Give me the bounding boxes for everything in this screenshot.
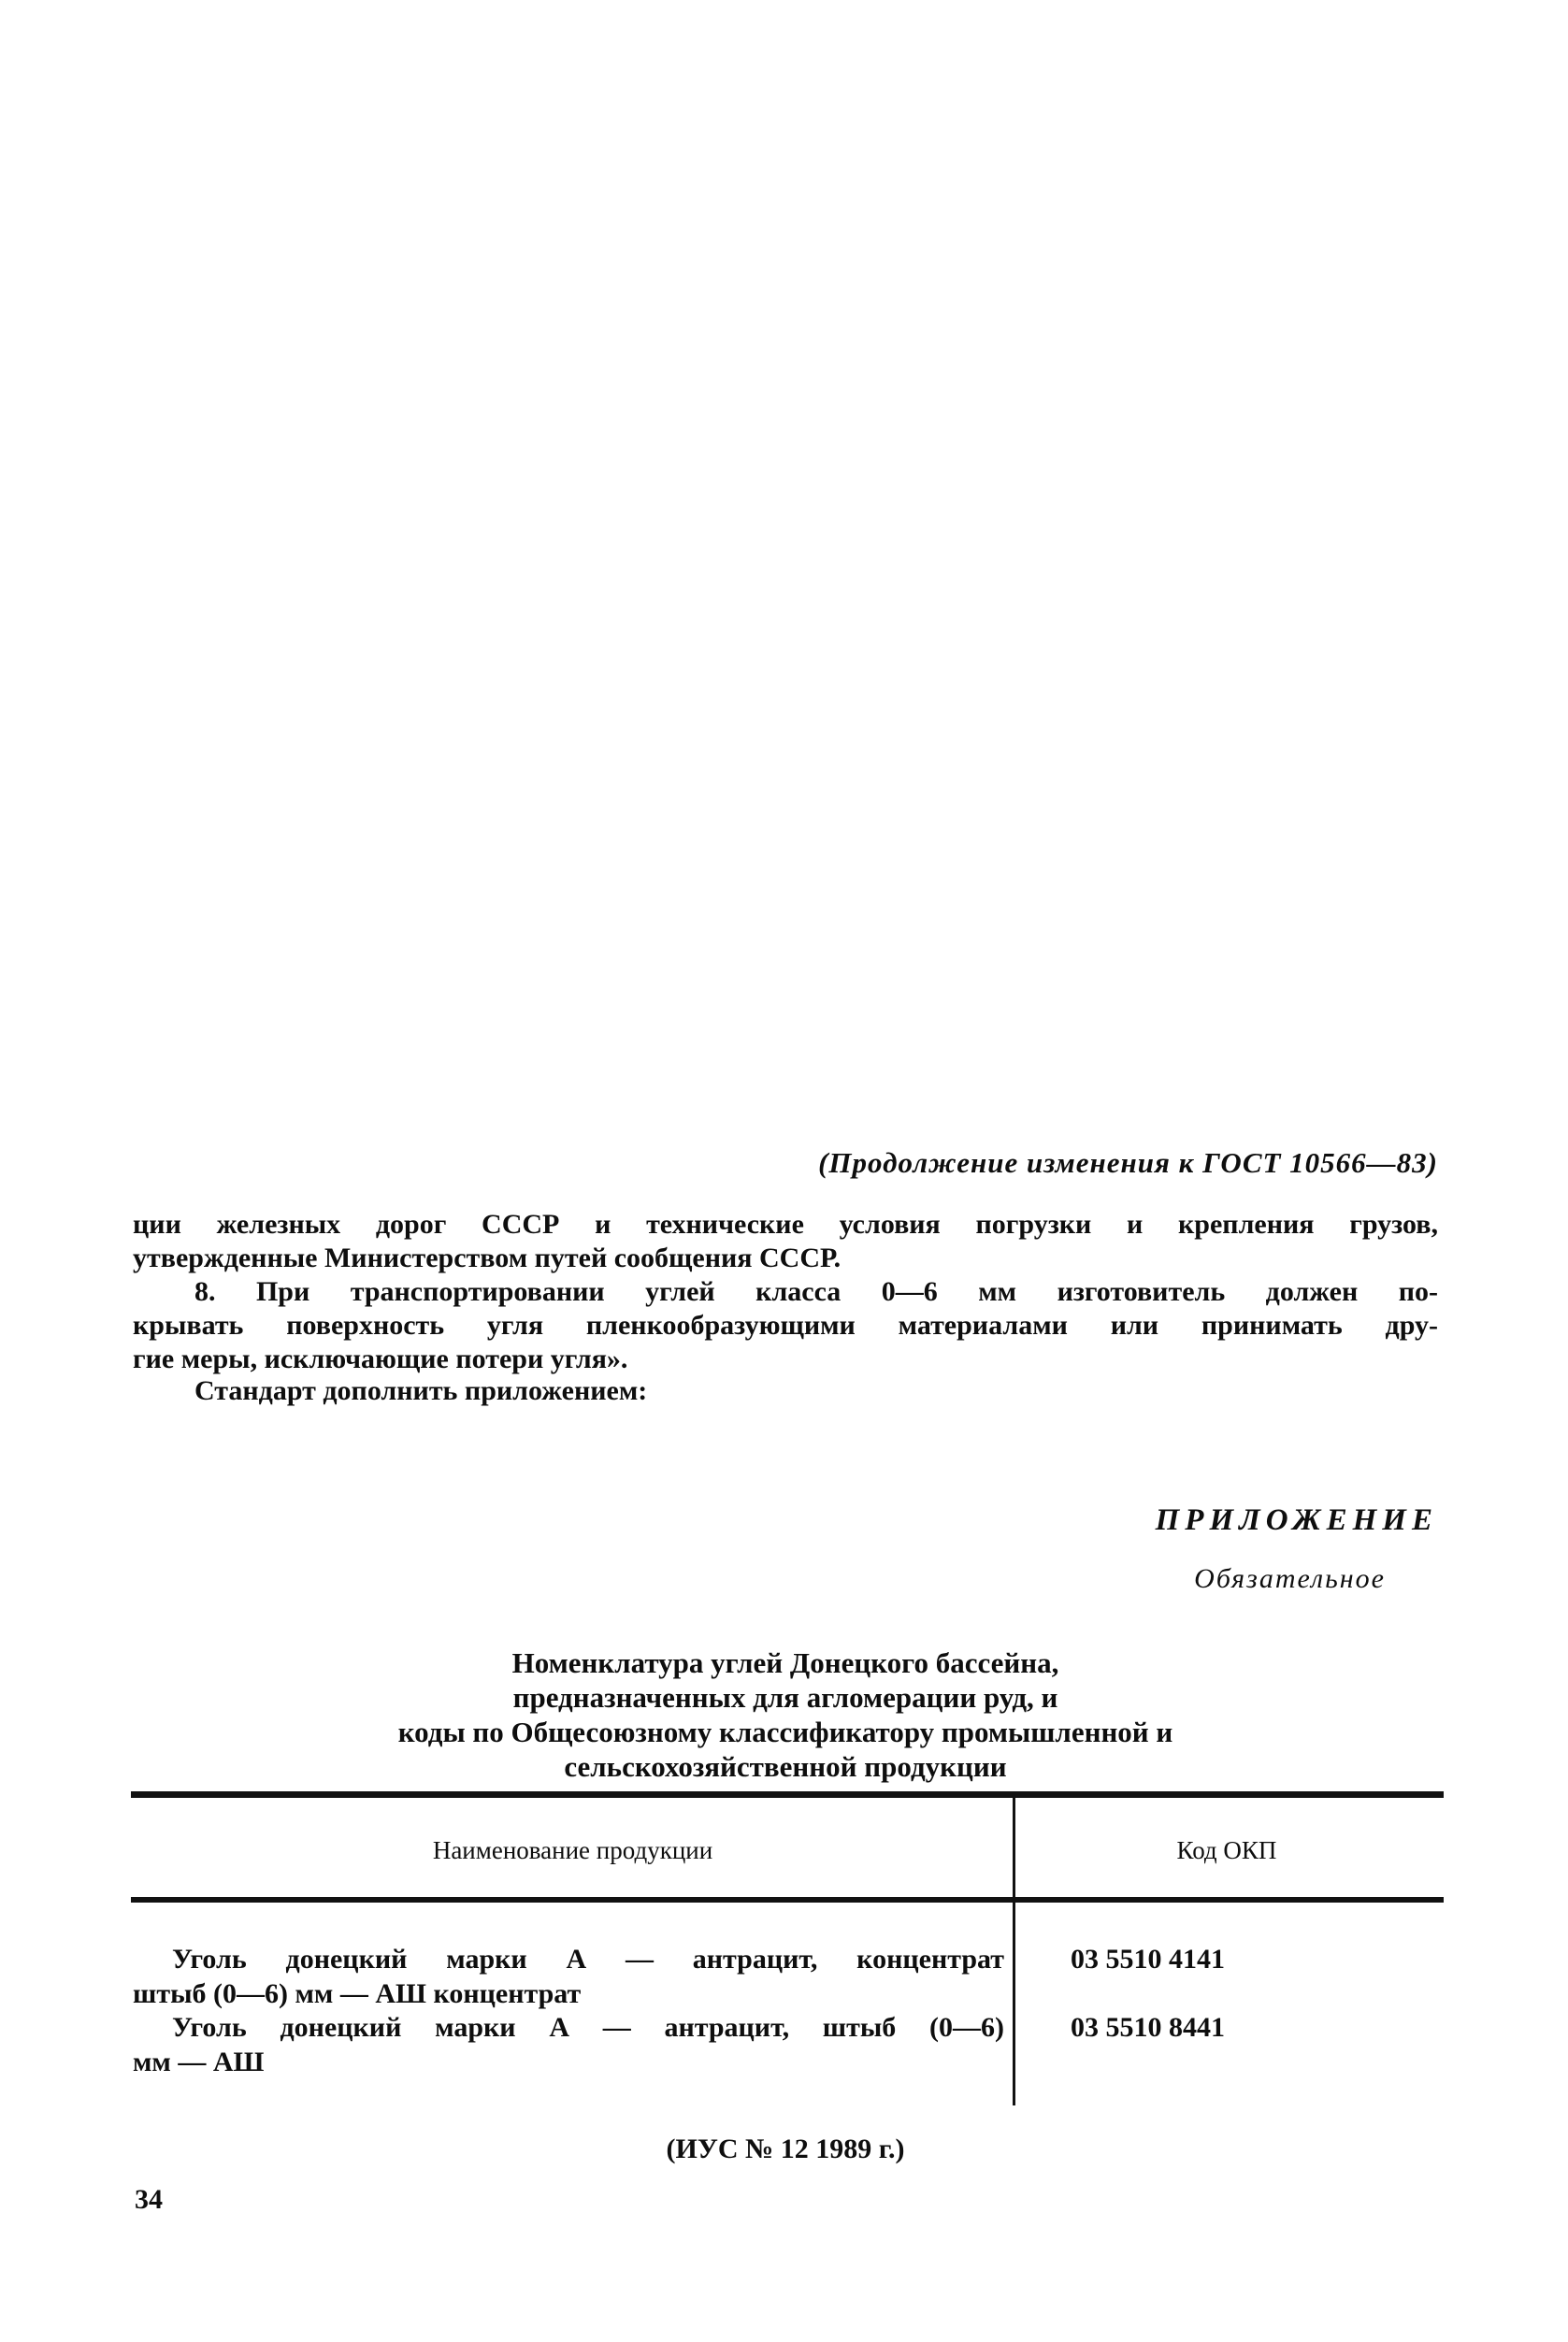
column-header-okp-code: Код ОКП <box>1015 1836 1438 1865</box>
appendix-title-line: сельскохозяйственной продукции <box>133 1749 1438 1784</box>
document-page: (Продолжение изменения к ГОСТ 10566—83) … <box>0 0 1568 2342</box>
body-line: гие меры, исключающие потери угля». <box>133 1343 1438 1376</box>
appendix-title-line: коды по Общесоюзному классификатору пром… <box>133 1715 1438 1749</box>
body-line: ции железных дорог СССР и технические ус… <box>133 1208 1438 1242</box>
product-name-line: штыб (0—6) мм — АШ концентрат <box>133 1977 1004 2011</box>
body-line: крывать поверхность угля пленкообразующи… <box>133 1309 1438 1343</box>
table-header-rule <box>131 1897 1444 1903</box>
body-line: утвержденные Министерством путей сообщен… <box>133 1242 1438 1275</box>
column-header-product-name: Наименование продукции <box>133 1836 1013 1865</box>
okp-code: 03 5510 4141 <box>1071 1943 1438 1976</box>
page-content: (Продолжение изменения к ГОСТ 10566—83) … <box>133 0 1438 2342</box>
continuation-note: (Продолжение изменения к ГОСТ 10566—83) <box>133 1146 1438 1180</box>
body-line: Стандарт дополнить приложением: <box>133 1374 1438 1408</box>
okp-code: 03 5510 8441 <box>1071 2011 1438 2045</box>
appendix-title: Номенклатура углей Донецкого бассейна, п… <box>133 1645 1438 1784</box>
body-line: 8. При транспортировании углей класса 0—… <box>133 1275 1438 1309</box>
ius-reference: (ИУС № 12 1989 г.) <box>133 2134 1438 2165</box>
page-number: 34 <box>135 2184 163 2216</box>
table-top-rule <box>131 1791 1444 1798</box>
annex-label: ПРИЛОЖЕНИЕ <box>133 1503 1438 1538</box>
product-name-line: мм — АШ <box>133 2046 1004 2079</box>
product-name-line: Уголь донецкий марки А — антрацит, штыб … <box>133 2011 1004 2045</box>
appendix-title-line: предназначенных для агломерации руд, и <box>133 1680 1438 1715</box>
product-name-line: Уголь донецкий марки А — антрацит, конце… <box>133 1943 1004 1976</box>
appendix-title-line: Номенклатура углей Донецкого бассейна, <box>133 1645 1438 1680</box>
annex-subtitle: Обязательное <box>133 1563 1438 1595</box>
